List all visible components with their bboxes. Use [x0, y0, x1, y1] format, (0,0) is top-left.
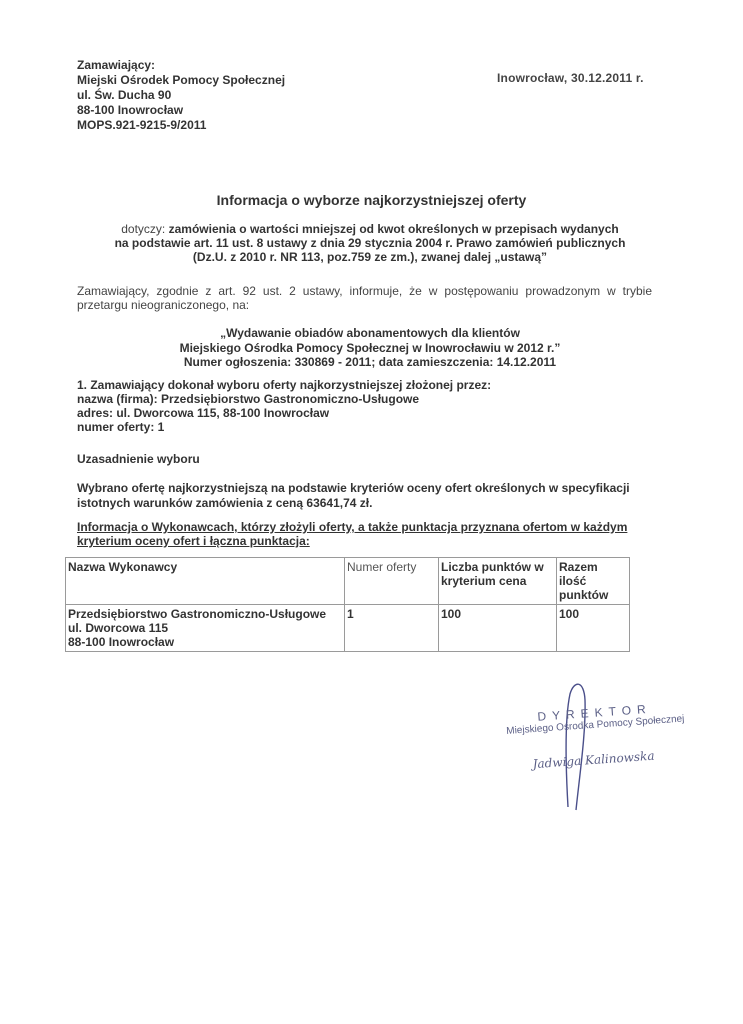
- sender-block: Zamawiający: Miejski Ośrodek Pomocy Społ…: [77, 58, 285, 133]
- regarding-line-1: zamówienia o wartości mniejszej od kwot …: [169, 222, 619, 236]
- subject-line-1: „Wydawanie obiadów abonamentowych dla kl…: [60, 326, 680, 341]
- document-title: Informacja o wyborze najkorzystniejszej …: [0, 192, 743, 208]
- sender-label: Zamawiający:: [77, 58, 285, 73]
- table-header-row: Nazwa Wykonawcy Numer oferty Liczba punk…: [66, 558, 630, 605]
- regarding-line-3: (Dz.U. z 2010 r. NR 113, poz.759 ze zm.)…: [60, 250, 680, 264]
- header-offer-number: Numer oferty: [345, 558, 439, 605]
- header-total-points: Razem ilość punktów: [557, 558, 630, 605]
- place-date: Inowrocław, 30.12.2011 r.: [497, 71, 644, 85]
- contractor-street: ul. Dworcowa 115: [68, 621, 342, 635]
- contractor-name: Przedsiębiorstwo Gastronomiczno-Usługowe: [68, 607, 342, 621]
- intro-paragraph: Zamawiający, zgodnie z art. 92 ust. 2 us…: [77, 284, 652, 312]
- header-contractor-name: Nazwa Wykonawcy: [66, 558, 345, 605]
- sender-city: 88-100 Inowrocław: [77, 103, 285, 118]
- justification-text: Wybrano ofertę najkorzystniejszą na pods…: [77, 481, 657, 511]
- stamp-name: Jadwiga Kalinowska: [532, 746, 687, 771]
- offers-table: Nazwa Wykonawcy Numer oferty Liczba punk…: [65, 557, 630, 652]
- sender-street: ul. Św. Ducha 90: [77, 88, 285, 103]
- selection-line-3: adres: ul. Dworcowa 115, 88-100 Inowrocł…: [77, 406, 491, 420]
- selection-line-2: nazwa (firma): Przedsiębiorstwo Gastrono…: [77, 392, 491, 406]
- regarding-block: dotyczy: zamówienia o wartości mniejszej…: [60, 222, 680, 264]
- contractor-city: 88-100 Inowrocław: [68, 635, 342, 649]
- cell-price-points: 100: [439, 605, 557, 652]
- subject-line-3: Numer ogłoszenia: 330869 - 2011; data za…: [60, 355, 680, 370]
- cell-contractor: Przedsiębiorstwo Gastronomiczno-Usługowe…: [66, 605, 345, 652]
- selection-line-4: numer oferty: 1: [77, 420, 491, 434]
- regarding-label: dotyczy:: [121, 222, 168, 236]
- selection-line-1: 1. Zamawiający dokonał wyboru oferty naj…: [77, 378, 491, 392]
- justification-heading: Uzasadnienie wyboru: [77, 452, 200, 466]
- sender-reference: MOPS.921-9215-9/2011: [77, 118, 285, 133]
- subject-block: „Wydawanie obiadów abonamentowych dla kl…: [60, 326, 680, 370]
- table-row: Przedsiębiorstwo Gastronomiczno-Usługowe…: [66, 605, 630, 652]
- sender-name: Miejski Ośrodek Pomocy Społecznej: [77, 73, 285, 88]
- header-price-points: Liczba punktów w kryterium cena: [439, 558, 557, 605]
- cell-total-points: 100: [557, 605, 630, 652]
- subject-line-2: Miejskiego Ośrodka Pomocy Społecznej w I…: [60, 341, 680, 356]
- offers-heading: Informacja o Wykonawcach, którzy złożyli…: [77, 520, 657, 548]
- director-stamp: DYREKTOR Miejskiego Ośrodka Pomocy Społe…: [505, 700, 687, 773]
- regarding-line-2: na podstawie art. 11 ust. 8 ustawy z dni…: [60, 236, 680, 250]
- selection-block: 1. Zamawiający dokonał wyboru oferty naj…: [77, 378, 491, 434]
- cell-offer-number: 1: [345, 605, 439, 652]
